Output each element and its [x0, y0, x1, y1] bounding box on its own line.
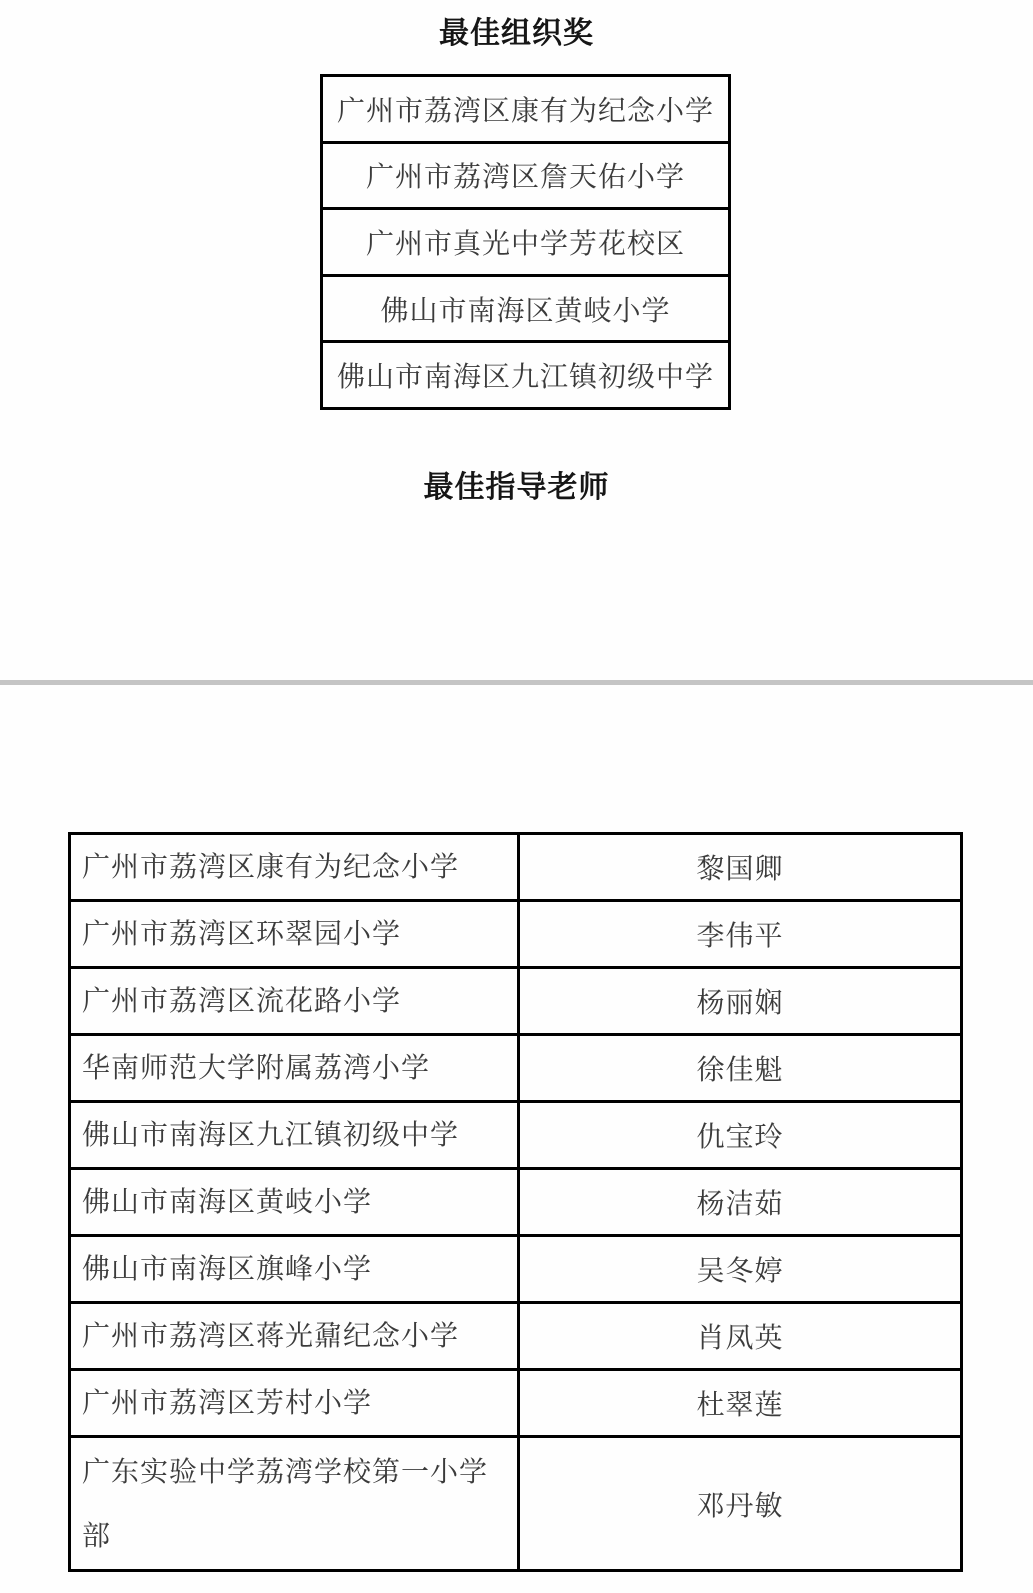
school-cell: 佛山市南海区旗峰小学 [71, 1237, 520, 1301]
table-row: 佛山市南海区黄岐小学 [323, 277, 728, 344]
table-row: 佛山市南海区九江镇初级中学 [323, 343, 728, 407]
school-cell: 广州市荔湾区芳村小学 [71, 1371, 520, 1435]
teacher-cell: 杨丽娴 [520, 969, 960, 1033]
school-cell: 佛山市南海区黄岐小学 [71, 1170, 520, 1234]
table-row: 广州市真光中学芳花校区 [323, 210, 728, 277]
table-row: 广州市荔湾区芳村小学 杜翠莲 [71, 1371, 960, 1438]
table-row: 广州市荔湾区环翠园小学 李伟平 [71, 902, 960, 969]
table-row: 佛山市南海区旗峰小学 吴冬婷 [71, 1237, 960, 1304]
school-cell: 广州市荔湾区康有为纪念小学 [71, 835, 520, 899]
teacher-cell: 黎国卿 [520, 835, 960, 899]
teacher-cell: 徐佳魁 [520, 1036, 960, 1100]
teacher-cell: 李伟平 [520, 902, 960, 966]
school-cell: 广州市荔湾区流花路小学 [71, 969, 520, 1033]
school-cell: 广州市荔湾区蒋光鼐纪念小学 [71, 1304, 520, 1368]
table-row: 广东实验中学荔湾学校第一小学部 邓丹敏 [71, 1438, 960, 1569]
school-cell: 广州市荔湾区环翠园小学 [71, 902, 520, 966]
table-row: 广州市荔湾区蒋光鼐纪念小学 肖凤英 [71, 1304, 960, 1371]
guidance-teacher-table: 广州市荔湾区康有为纪念小学 黎国卿 广州市荔湾区环翠园小学 李伟平 广州市荔湾区… [68, 832, 963, 1572]
school-cell: 佛山市南海区九江镇初级中学 [71, 1103, 520, 1167]
page-break-divider [0, 680, 1033, 685]
teacher-cell: 仇宝玲 [520, 1103, 960, 1167]
table-row: 佛山市南海区黄岐小学 杨洁茹 [71, 1170, 960, 1237]
teacher-cell: 杜翠莲 [520, 1371, 960, 1435]
teacher-cell: 杨洁茹 [520, 1170, 960, 1234]
guidance-teacher-title: 最佳指导老师 [0, 462, 1033, 506]
table-row: 华南师范大学附属荔湾小学 徐佳魁 [71, 1036, 960, 1103]
table-row: 广州市荔湾区康有为纪念小学 [323, 77, 728, 144]
organization-award-title: 最佳组织奖 [0, 8, 1033, 52]
document-page: 最佳组织奖 广州市荔湾区康有为纪念小学 广州市荔湾区詹天佑小学 广州市真光中学芳… [0, 0, 1033, 1593]
teacher-cell: 肖凤英 [520, 1304, 960, 1368]
table-row: 佛山市南海区九江镇初级中学 仇宝玲 [71, 1103, 960, 1170]
table-row: 广州市荔湾区康有为纪念小学 黎国卿 [71, 835, 960, 902]
organization-award-table: 广州市荔湾区康有为纪念小学 广州市荔湾区詹天佑小学 广州市真光中学芳花校区 佛山… [320, 74, 731, 410]
school-cell: 华南师范大学附属荔湾小学 [71, 1036, 520, 1100]
table-row: 广州市荔湾区流花路小学 杨丽娴 [71, 969, 960, 1036]
teacher-cell: 吴冬婷 [520, 1237, 960, 1301]
school-cell: 广东实验中学荔湾学校第一小学部 [71, 1438, 520, 1569]
teacher-cell: 邓丹敏 [520, 1438, 960, 1569]
table-row: 广州市荔湾区詹天佑小学 [323, 144, 728, 211]
